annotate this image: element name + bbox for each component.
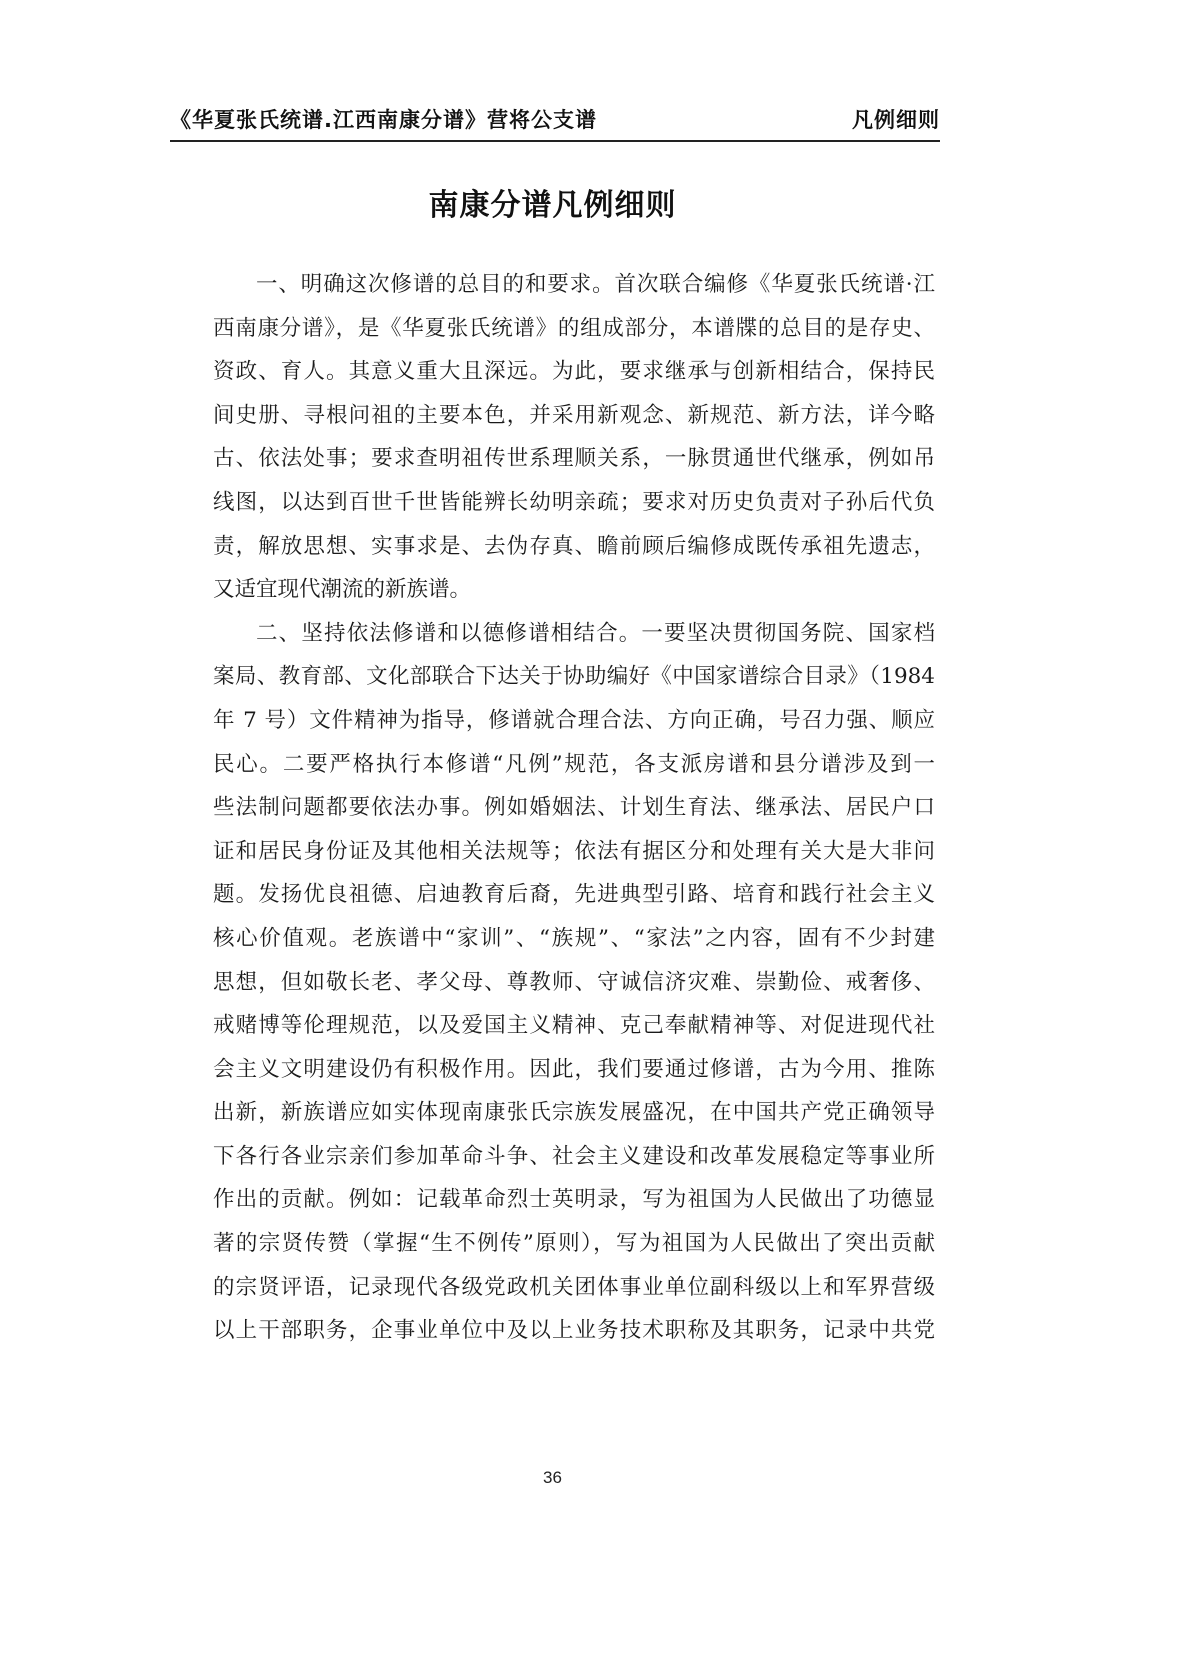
paragraph-2: 二、坚持依法修谱和以德修谱相结合。一要坚决贯彻国务院、国家档 案局、教育部、文化… — [213, 612, 935, 1353]
paragraph-1: 一、明确这次修谱的总目的和要求。首次联合编修《华夏张氏统谱·江 西南康分谱》，是… — [213, 263, 935, 612]
text-line: 间史册、寻根问祖的主要本色，并采用新观念、新规范、新方法，详今略 — [213, 394, 935, 438]
text-line: 西南康分谱》，是《华夏张氏统谱》的组成部分，本谱牒的总目的是存史、 — [213, 307, 935, 351]
text-line: 年 7 号）文件精神为指导，修谱就合理合法、方向正确，号召力强、顺应 — [213, 699, 935, 743]
text-line: 戒赌博等伦理规范，以及爱国主义精神、克己奉献精神等、对促进现代社 — [213, 1004, 935, 1048]
text-line: 线图，以达到百世千世皆能辨长幼明亲疏；要求对历史负责对子孙后代负 — [213, 481, 935, 525]
running-header: 《华夏张氏统谱.江西南康分谱》营将公支谱 凡例细则 — [170, 106, 940, 142]
header-book-title: 《华夏张氏统谱.江西南康分谱》营将公支谱 — [170, 104, 597, 134]
text-line: 古、依法处事；要求查明祖传世系理顺关系，一脉贯通世代继承，例如吊 — [213, 437, 935, 481]
text-line: 又适宜现代潮流的新族谱。 — [213, 568, 935, 612]
page-number: 36 — [0, 1468, 1105, 1488]
body-text: 一、明确这次修谱的总目的和要求。首次联合编修《华夏张氏统谱·江 西南康分谱》，是… — [213, 263, 935, 1353]
text-line: 的宗贤评语，记录现代各级党政机关团体事业单位副科级以上和军界营级 — [213, 1266, 935, 1310]
text-line: 著的宗贤传赞（掌握“生不例传”原则），写为祖国为人民做出了突出贡献 — [213, 1222, 935, 1266]
text-line: 案局、教育部、文化部联合下达关于协助编好《中国家谱综合目录》（1984 — [213, 655, 935, 699]
text-line: 民心。二要严格执行本修谱“凡例”规范，各支派房谱和县分谱涉及到一 — [213, 743, 935, 787]
text-line: 责，解放思想、实事求是、去伪存真、瞻前顾后编修成既传承祖先遗志， — [213, 525, 935, 569]
text-line: 一、明确这次修谱的总目的和要求。首次联合编修《华夏张氏统谱·江 — [213, 263, 935, 307]
text-line: 核心价值观。老族谱中“家训”、“族规”、“家法”之内容，固有不少封建 — [213, 917, 935, 961]
text-line: 证和居民身份证及其他相关法规等；依法有据区分和处理有关大是大非问 — [213, 830, 935, 874]
text-line: 以上干部职务，企事业单位中及以上业务技术职称及其职务，记录中共党 — [213, 1309, 935, 1353]
text-line: 些法制问题都要依法办事。例如婚姻法、计划生育法、继承法、居民户口 — [213, 786, 935, 830]
text-line: 作出的贡献。例如：记载革命烈士英明录，写为祖国为人民做出了功德显 — [213, 1178, 935, 1222]
document-title: 南康分谱凡例细则 — [0, 180, 1105, 224]
text-line: 下各行各业宗亲们参加革命斗争、社会主义建设和改革发展稳定等事业所 — [213, 1135, 935, 1179]
text-line: 思想，但如敬长老、孝父母、尊教师、守诚信济灾难、崇勤俭、戒奢侈、 — [213, 961, 935, 1005]
text-line: 会主义文明建设仍有积极作用。因此，我们要通过修谱，古为今用、推陈 — [213, 1048, 935, 1092]
header-section-title: 凡例细则 — [852, 104, 940, 134]
text-line: 二、坚持依法修谱和以德修谱相结合。一要坚决贯彻国务院、国家档 — [213, 612, 935, 656]
text-line: 题。发扬优良祖德、启迪教育后裔，先进典型引路、培育和践行社会主义 — [213, 873, 935, 917]
text-line: 出新，新族谱应如实体现南康张氏宗族发展盛况，在中国共产党正确领导 — [213, 1091, 935, 1135]
text-line: 资政、育人。其意义重大且深远。为此，要求继承与创新相结合，保持民 — [213, 350, 935, 394]
